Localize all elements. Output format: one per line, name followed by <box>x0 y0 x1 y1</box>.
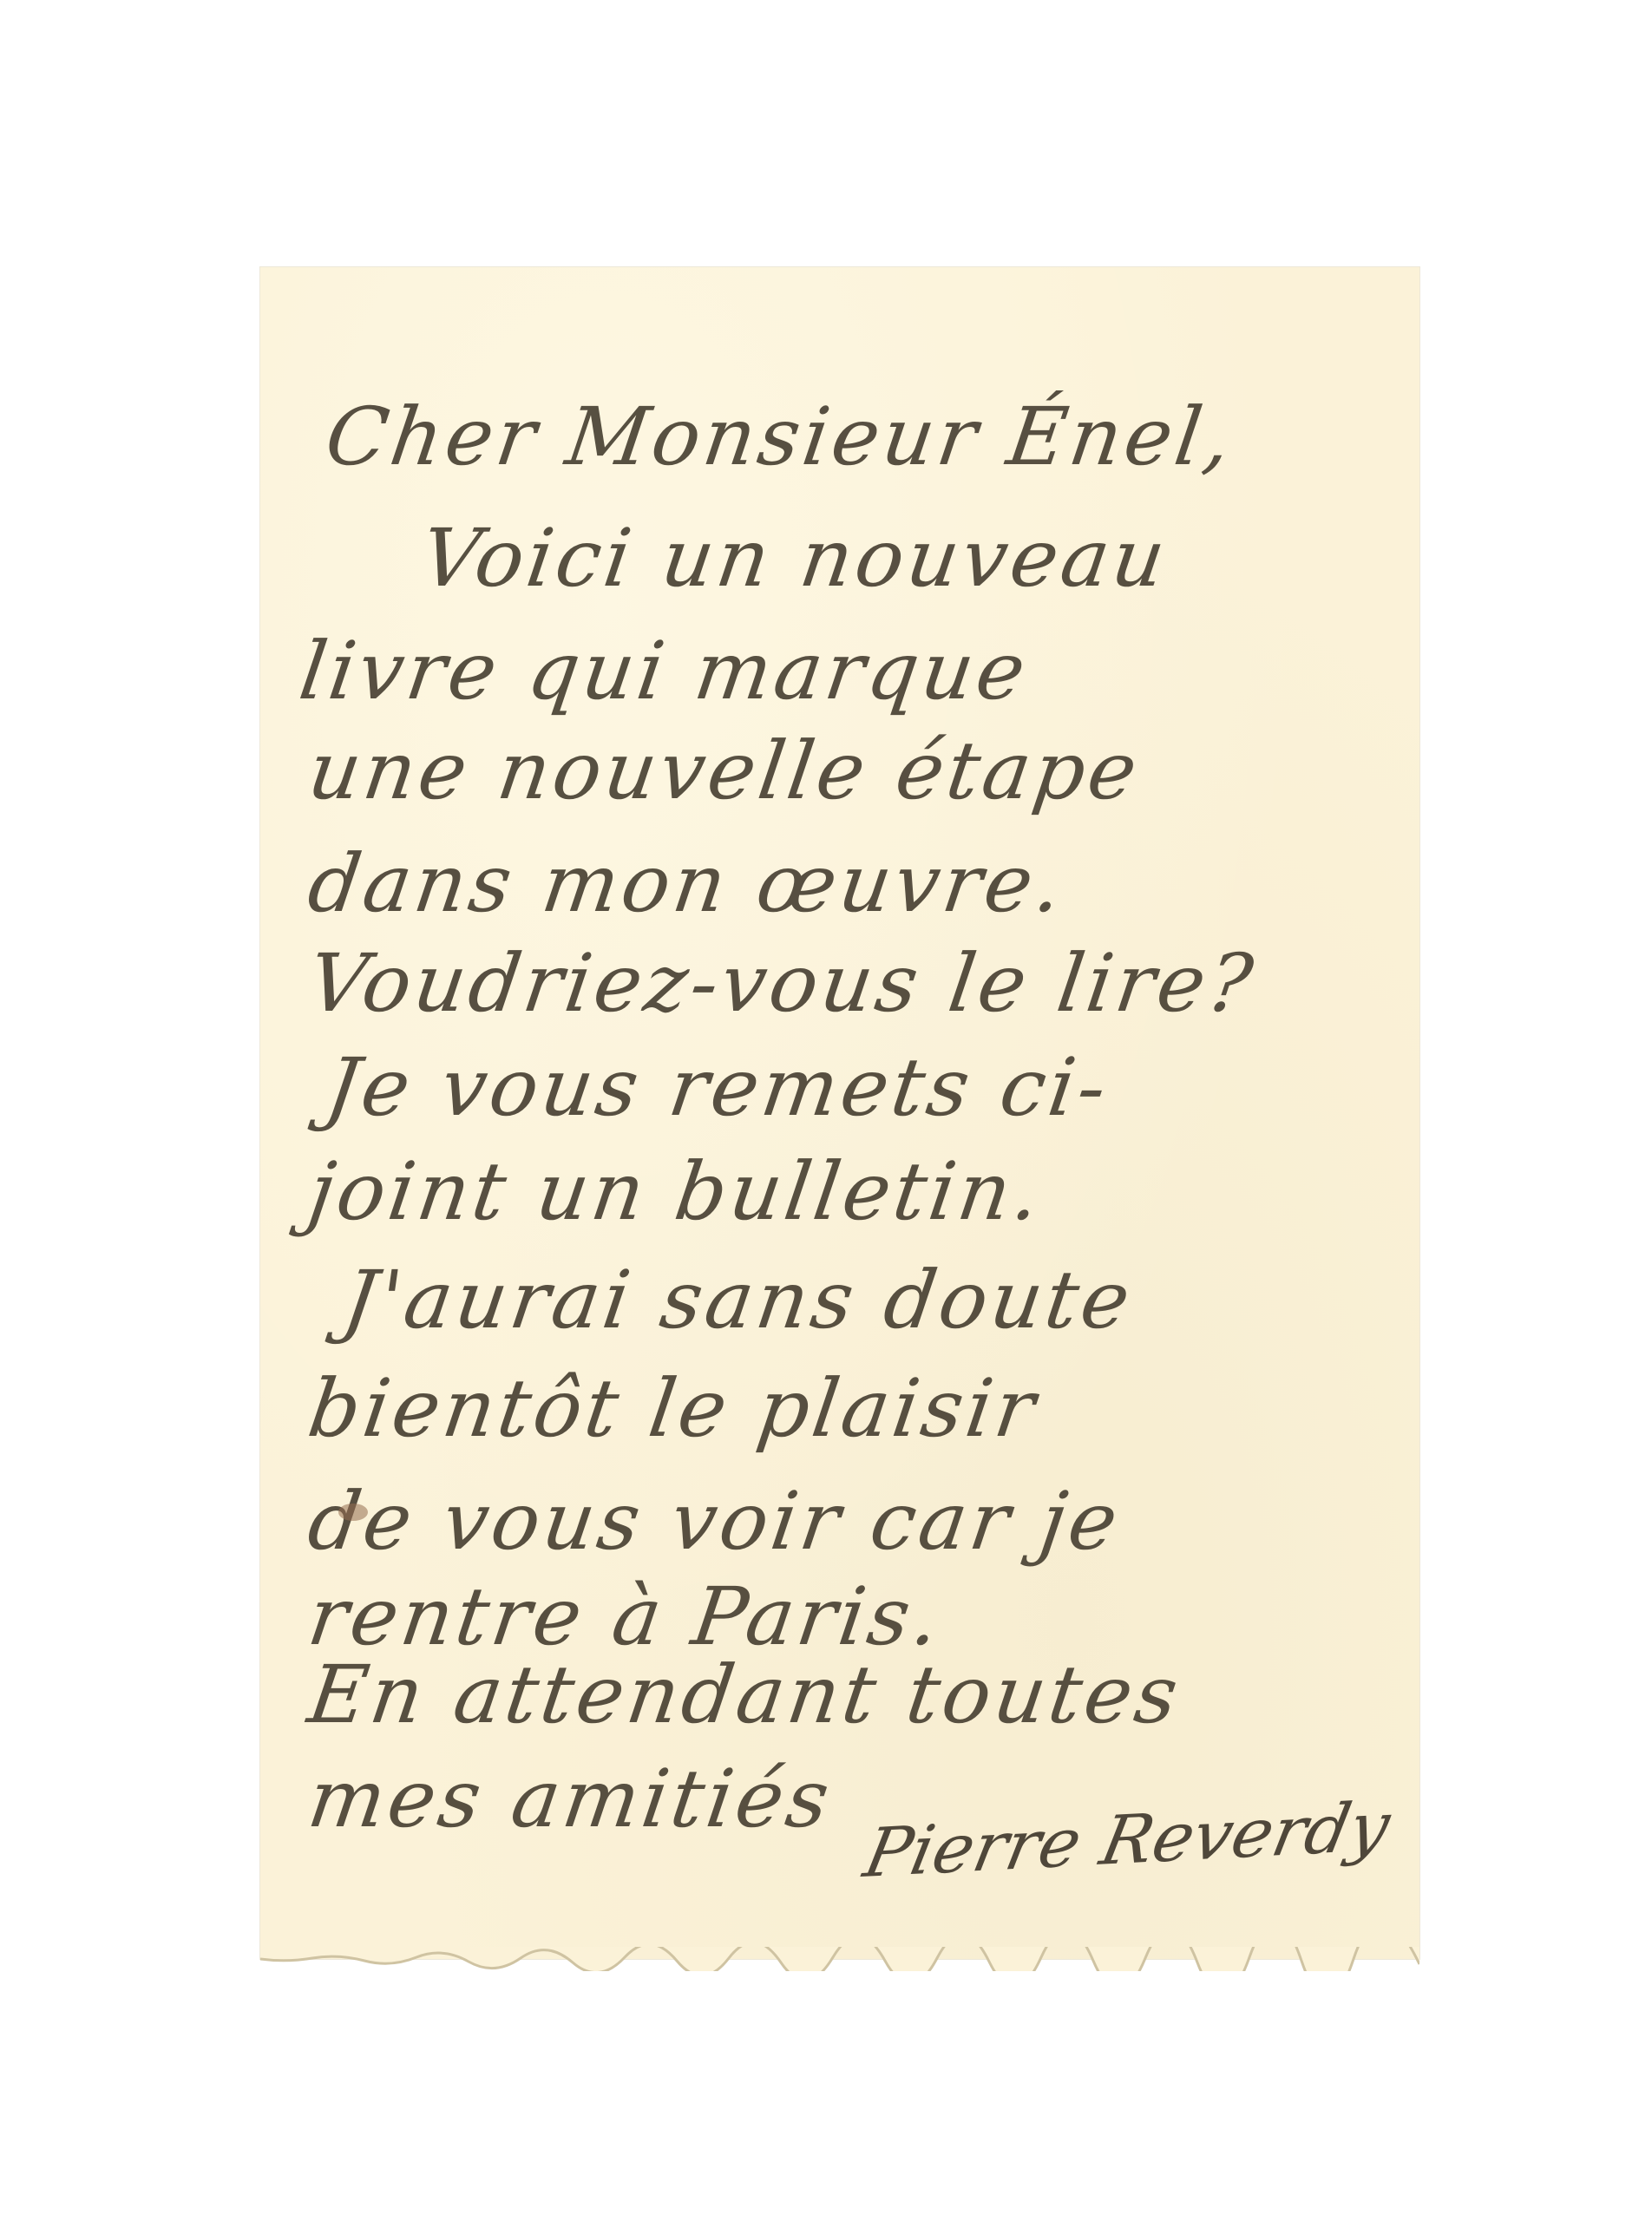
letter-line-6: Je vous remets ci- <box>321 1048 1114 1128</box>
letter-line-11: rentre à Paris. <box>304 1577 947 1657</box>
letter-paper: Cher Monsieur Énel, Voici un nouveau liv… <box>260 267 1419 1959</box>
letter-line-13: mes amitiés <box>304 1759 837 1839</box>
letter-line-9: bientôt le plaisir <box>304 1369 1043 1449</box>
letter-line-3: une nouvelle étape <box>304 731 1145 811</box>
letter-body: Cher Monsieur Énel, Voici un nouveau liv… <box>260 267 1419 1959</box>
ink-blot <box>338 1504 368 1521</box>
letter-line-10: de vous voir car je <box>304 1482 1125 1562</box>
salutation: Cher Monsieur Énel, <box>321 397 1239 477</box>
letter-line-4: dans mon œuvre. <box>304 844 1070 924</box>
signature: Pierre Reverdy <box>859 1793 1395 1888</box>
letter-line-1: Voici un nouveau <box>416 519 1173 599</box>
letter-line-7: joint un bulletin. <box>304 1152 1048 1232</box>
letter-line-2: livre qui marque <box>295 632 1033 711</box>
letter-line-5: Voudriez-vous le lire? <box>304 944 1261 1024</box>
letter-line-8: J'aurai sans doute <box>338 1261 1137 1340</box>
letter-line-12: En attendant toutes <box>304 1655 1186 1735</box>
